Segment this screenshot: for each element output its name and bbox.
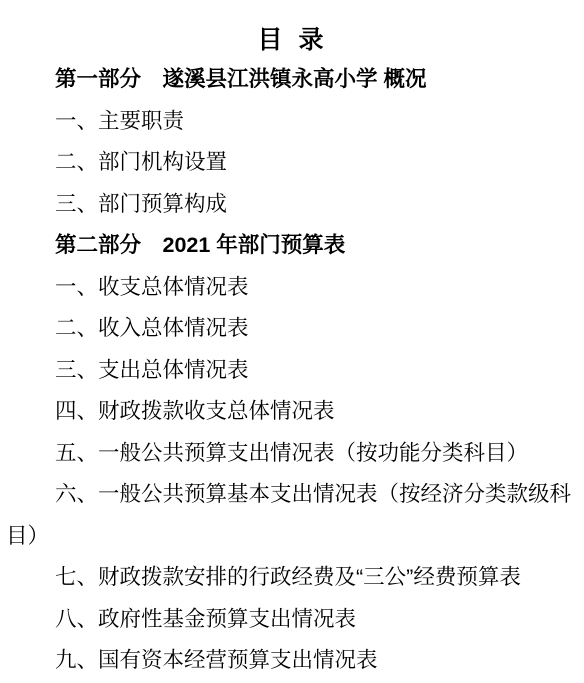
section-1-heading: 第一部分 遂溪县江洪镇永高小学 概况	[6, 59, 576, 101]
toc-item-s2-4: 四、财政拨款收支总体情况表	[6, 391, 576, 433]
toc-item-s2-3: 三、支出总体情况表	[6, 350, 576, 392]
toc-item-s1-1: 一、主要职责	[6, 101, 576, 143]
toc-title: 目 录	[6, 24, 576, 57]
toc-item-s2-2: 二、收入总体情况表	[6, 308, 576, 350]
toc-item-s2-1: 一、收支总体情况表	[6, 267, 576, 309]
toc-item-s2-9: 九、国有资本经营预算支出情况表	[6, 640, 576, 682]
toc-item-s1-2: 二、部门机构设置	[6, 142, 576, 184]
toc-item-s2-7: 七、财政拨款安排的行政经费及“三公”经费预算表	[6, 557, 576, 599]
toc-item-s2-5: 五、一般公共预算支出情况表（按功能分类科目）	[6, 433, 576, 475]
toc-item-s2-6: 六、一般公共预算基本支出情况表（按经济分类款级科目）	[6, 474, 576, 557]
toc-item-s1-3: 三、部门预算构成	[6, 184, 576, 226]
section-2-heading: 第二部分 2021 年部门预算表	[6, 225, 576, 267]
toc-item-s2-8: 八、政府性基金预算支出情况表	[6, 599, 576, 641]
document-page: 目 录 第一部分 遂溪县江洪镇永高小学 概况 一、主要职责 二、部门机构设置 三…	[0, 0, 584, 683]
